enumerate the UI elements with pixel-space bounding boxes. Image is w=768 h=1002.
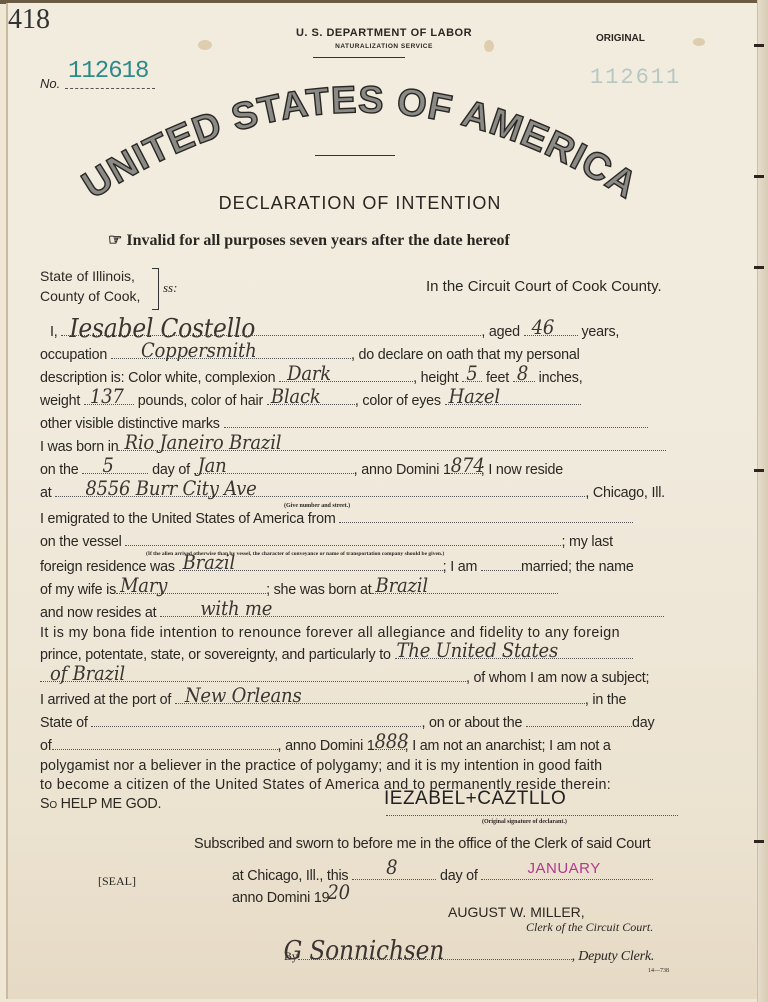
ledger-tab-mark — [754, 469, 764, 472]
birth-month-value: Jan — [198, 455, 227, 475]
address-value: 8556 Burr City Ave — [85, 478, 256, 498]
copy-label: ORIGINAL — [596, 33, 645, 44]
line-emigrated: I emigrated to the United States of Amer… — [40, 509, 680, 529]
in-the-label: , in the — [585, 692, 626, 708]
title-rule — [315, 155, 395, 156]
jurat-month-field[interactable]: JANUARY — [481, 867, 653, 880]
about-label: , on or about the — [421, 715, 522, 731]
venue-brace — [152, 268, 159, 310]
aged-label: , aged — [481, 324, 520, 340]
hair-value: Black — [271, 386, 321, 406]
wife-resides-label: and now resides at — [40, 605, 156, 621]
line-weight: weight 137 pounds, color of hair Black, … — [40, 391, 680, 411]
line-arrival-state: State of , on or about the day — [40, 713, 680, 733]
form-code: 14—738 — [648, 968, 669, 974]
wife-name-field[interactable]: Mary — [116, 581, 266, 594]
seal-label: [SEAL] — [98, 874, 136, 889]
on-the-label: on the — [40, 462, 79, 478]
wife-name-value: Mary — [120, 575, 167, 595]
wife-label: of my wife is — [40, 582, 116, 598]
signature-line[interactable] — [386, 815, 678, 816]
weight-value: 137 — [90, 386, 124, 406]
address-field[interactable]: 8556 Burr City Ave — [55, 484, 585, 497]
height-inches-value: 8 — [517, 363, 528, 383]
sovereign-field-2[interactable]: of Brazil — [40, 669, 466, 682]
vessel-label: on the vessel — [40, 534, 122, 550]
height-feet-value: 5 — [466, 363, 477, 383]
arrival-month-field[interactable] — [52, 737, 278, 750]
married-label: married; the name — [521, 559, 634, 575]
wife-residence-value: with me — [200, 598, 272, 618]
jurat-year-value: 20 — [327, 882, 350, 902]
port-value: New Orleans — [185, 685, 302, 705]
line-jurat-date: at Chicago, Ill., this 8 day of JANUARY — [232, 866, 682, 886]
complexion-field[interactable]: Dark — [279, 369, 413, 382]
sovereign-field-1[interactable]: The United States — [395, 646, 633, 659]
signature-hint: (Original signature of declarant.) — [482, 819, 567, 825]
height-feet-field[interactable]: 5 — [462, 369, 482, 382]
ledger-tab-mark — [754, 266, 764, 269]
birth-year-field[interactable]: 874 — [451, 461, 481, 474]
deputy-signature: G Sonnichsen — [284, 941, 445, 961]
venue-state: State of Illinois, — [40, 268, 135, 284]
sworn-line: Subscribed and sworn to before me in the… — [194, 836, 650, 852]
eyes-field[interactable]: Hazel — [445, 392, 581, 405]
wife-born-label: ; she was born at — [266, 582, 371, 598]
venue-ss: ss: — [163, 280, 177, 296]
complexion-value: Dark — [287, 363, 331, 383]
birthplace-field[interactable]: Rio Janeiro Brazil — [118, 438, 666, 451]
wife-birthplace-value: Brazil — [376, 575, 428, 595]
line-description: description is: Color white, complexion … — [40, 368, 680, 388]
venue-county: County of Cook, — [40, 288, 140, 304]
i-am-label: ; I am — [443, 559, 478, 575]
prefix-label: I, — [50, 324, 58, 340]
description-label: description is: Color white, complexion — [40, 370, 275, 386]
inches-label: inches, — [539, 370, 583, 386]
deputy-signature-field[interactable]: G Sonnichsen — [298, 947, 572, 960]
clerk-title: Clerk of the Circuit Court. — [526, 920, 653, 935]
age-field[interactable]: 46 — [524, 323, 578, 336]
foreign-residence-field[interactable]: Brazil — [179, 558, 443, 571]
line-occupation: occupation Coppersmith, do declare on oa… — [40, 345, 680, 365]
polygamy-line: polygamist nor a believer in the practic… — [40, 756, 680, 776]
last-label: ; my last — [561, 534, 612, 550]
jurat-day-field[interactable]: 8 — [352, 867, 436, 880]
age-value: 46 — [532, 317, 555, 337]
hair-field[interactable]: Black — [267, 392, 355, 405]
pounds-label: pounds, color of hair — [138, 393, 263, 409]
eyes-label: , color of eyes — [355, 393, 441, 409]
declarant-signature: IEZABEL+CAZTLLO — [384, 788, 566, 810]
line-wife: of my wife isMary; she was born atBrazil — [40, 580, 680, 600]
jurat-day-value: 8 — [386, 857, 397, 877]
arrival-day-field[interactable] — [526, 714, 632, 727]
arrival-state-field[interactable] — [91, 714, 421, 727]
birth-month-field[interactable]: Jan — [194, 461, 354, 474]
line-address: at 8556 Burr City Ave, Chicago, Ill. — [40, 483, 680, 503]
number-label: No. — [40, 76, 60, 91]
height-inches-field[interactable]: 8 — [513, 369, 535, 382]
birth-year-value: 874 — [451, 455, 485, 475]
wife-residence-field[interactable]: with me — [160, 604, 664, 617]
renounce-line-1: It is my bona fide intention to renounce… — [40, 623, 680, 643]
clerk-name: AUGUST W. MILLER, — [448, 904, 585, 920]
arrival-year-field[interactable]: 888 — [375, 737, 405, 750]
name-value: Iesabel Costello — [69, 319, 255, 339]
occupation-label: occupation — [40, 347, 107, 363]
reside-label: ; I now reside — [481, 462, 563, 478]
jurat-day-of-label: day of — [440, 868, 478, 884]
jurat-anno-label: anno Domini 19 — [232, 890, 329, 906]
birthplace-value: Rio Janeiro Brazil — [124, 432, 281, 452]
years-label: years, — [581, 324, 619, 340]
validity-notice: ☞Invalid for all purposes seven years af… — [108, 230, 510, 250]
occupation-value: Coppersmith — [141, 340, 257, 360]
court-name: In the Circuit Court of Cook County. — [426, 278, 662, 295]
city-label: , Chicago, Ill. — [585, 485, 665, 501]
weight-field[interactable]: 137 — [84, 392, 134, 405]
wife-birthplace-field[interactable]: Brazil — [372, 581, 558, 594]
state-label: State of — [40, 715, 88, 731]
anno-label-2: , anno Domini 1 — [278, 738, 375, 754]
sovereign-value-1: The United States — [397, 640, 559, 660]
married-status-field[interactable] — [481, 558, 521, 571]
emigrated-from-field[interactable] — [339, 510, 633, 523]
subject-label: , of whom I am now a subject; — [466, 670, 649, 686]
ledger-page-edge — [757, 0, 768, 1002]
line-subject: of Brazil, of whom I am now a subject; — [40, 668, 680, 688]
day-label: day — [632, 715, 654, 731]
line-birthplace: I was born inRio Janeiro Brazil — [40, 437, 680, 457]
oath-line: So HELP ME GOD. — [40, 794, 680, 814]
at-label: at — [40, 485, 52, 501]
occupation-field[interactable]: Coppersmith — [111, 346, 351, 359]
line-name: I, Iesabel Costello, aged 46 years, — [40, 322, 680, 342]
port-field[interactable]: New Orleans — [175, 691, 585, 704]
document-heading: DECLARATION OF INTENTION — [0, 193, 720, 214]
jurat-month-stamp: JANUARY — [527, 859, 600, 879]
sovereign-value-2: of Brazil — [50, 663, 125, 683]
of-label: of — [40, 738, 52, 754]
line-sovereign: prince, potentate, state, or sovereignty… — [40, 645, 680, 665]
eyes-value: Hazel — [449, 386, 500, 406]
service-subheading: NATURALIZATION SERVICE — [0, 43, 768, 50]
line-vessel: on the vessel ; my last — [40, 532, 680, 552]
svg-text:UNITED STATES OF AMERICA: UNITED STATES OF AMERICA — [80, 79, 640, 207]
jurat-year-field[interactable]: 20 — [329, 890, 359, 902]
arrived-label: I arrived at the port of — [40, 692, 171, 708]
pointing-hand-icon: ☞ — [108, 232, 122, 249]
validity-notice-text: Invalid for all purposes seven years aft… — [126, 232, 510, 249]
anno-label: , anno Domini 1 — [354, 462, 451, 478]
name-field[interactable]: Iesabel Costello — [61, 323, 481, 336]
marks-field[interactable] — [224, 415, 648, 428]
ledger-tab-mark — [754, 840, 764, 843]
deputy-label: , Deputy Clerk. — [572, 949, 655, 964]
arched-title-banner: UNITED STATES OF AMERICA — [80, 70, 640, 210]
line-deputy: ByG Sonnichsen, Deputy Clerk. — [284, 946, 704, 966]
line-arrival-year: of, anno Domini 1888; I am not an anarch… — [40, 736, 680, 756]
arrival-year-value: 888 — [375, 731, 409, 751]
foreign-residence-value: Brazil — [183, 552, 235, 572]
citizen-line: to become a citizen of the United States… — [40, 775, 680, 795]
ledger-tab-mark — [754, 175, 764, 178]
birth-day-value: 5 — [102, 455, 113, 475]
emigrated-label: I emigrated to the United States of Amer… — [40, 511, 336, 527]
birth-day-field[interactable]: 5 — [82, 461, 148, 474]
header-rule — [313, 57, 405, 58]
department-heading: U. S. DEPARTMENT OF LABOR — [0, 27, 768, 39]
anarchist-label: ; I am not an anarchist; I am not a — [405, 738, 611, 754]
vessel-field[interactable] — [125, 533, 561, 546]
weight-label: weight — [40, 393, 80, 409]
line-port: I arrived at the port of New Orleans, in… — [40, 690, 680, 710]
line-wife-residence: and now resides at with me — [40, 603, 680, 623]
